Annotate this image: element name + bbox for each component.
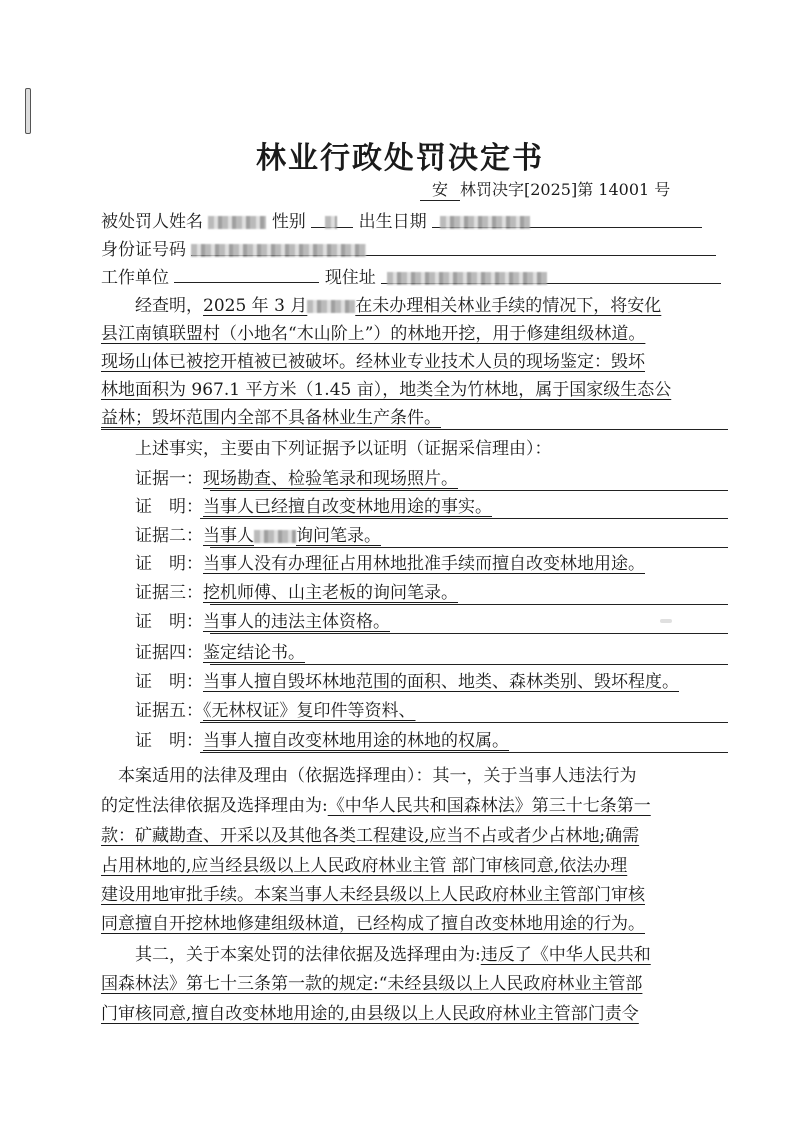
facts-date-redacted bbox=[307, 300, 355, 313]
evidence-text: 现场勘查、检验笔录和现场照片。 bbox=[203, 469, 458, 489]
evidence-row: 证 明：当事人没有办理征占用林地批准手续而擅自改变林地用途。 bbox=[135, 551, 762, 577]
law1-line-5: 建设用地审批手续。本案当事人未经县级以上人民政府林业主管部门审核 bbox=[101, 882, 728, 908]
law2-citation: 违反了《中华人民共和 bbox=[481, 945, 651, 965]
underline-rule bbox=[210, 547, 728, 548]
id-label: 身份证号码 bbox=[101, 240, 186, 260]
evidence-row: 证据四：鉴定结论书。 bbox=[135, 640, 762, 666]
evidence-label: 证 明： bbox=[135, 497, 203, 517]
party-address-row: 工作单位 现住址 bbox=[101, 264, 728, 290]
underline-rule bbox=[200, 722, 728, 723]
facts-date: 2025 年 3 月 bbox=[203, 296, 307, 316]
evidence-label: 证据三： bbox=[135, 583, 203, 603]
law2-lead: 其二，关于本案处罚的法律依据及选择理由为: bbox=[135, 945, 481, 965]
evidence-text: 《无林权证》复印件等资料、 bbox=[203, 701, 416, 721]
id-value-redacted bbox=[191, 237, 716, 256]
employer-value bbox=[174, 264, 319, 283]
evidence-row: 证 明：当事人已经擅自改变林地用途的事实。 bbox=[135, 494, 762, 520]
evidence-label: 证据四： bbox=[135, 643, 203, 663]
underline-rule bbox=[101, 429, 728, 430]
facts-line-4: 林地面积为 967.1 平方米（1.45 亩），地类全为竹林地，属于国家级生态公 bbox=[101, 377, 728, 403]
party-name-row: 被处罚人姓名 性别 出生日期 bbox=[101, 209, 728, 235]
scan-speck bbox=[660, 619, 672, 623]
evidence-text: 挖机师傅、山主老板的询问笔录。 bbox=[203, 583, 458, 603]
evidence-text: 鉴定结论书。 bbox=[203, 643, 305, 663]
evidence-label: 证据二： bbox=[135, 526, 203, 546]
facts-text: 在未办理相关林业手续的情况下，将安化 bbox=[355, 296, 661, 316]
underline-rule bbox=[210, 664, 728, 665]
law1-line-6: 同意擅自开挖林地修建组级林道，已经构成了擅自改变林地用途的行为。 bbox=[101, 911, 728, 937]
gender-value-redacted bbox=[311, 209, 353, 228]
name-value-redacted bbox=[208, 216, 266, 229]
underline-rule bbox=[210, 633, 728, 634]
evidence-row: 证 明：当事人擅自改变林地用途的林地的权属。 bbox=[135, 728, 762, 754]
facts-lead: 经查明， bbox=[135, 296, 203, 316]
evidence-text: 询问笔录。 bbox=[296, 526, 381, 546]
law1-line-1: 本案适用的法律及理由（依据选择理由）：其一，关于当事人违法行为 bbox=[118, 763, 745, 789]
evidence-text: 当事人已经擅自改变林地用途的事实。 bbox=[203, 497, 492, 517]
facts-line-5: 益林；毁坏范围内全部不具备林业生产条件。 bbox=[101, 405, 728, 431]
evidence-text: 当事人擅自毁坏林地范围的面积、地类、森林类别、毁坏程度。 bbox=[203, 672, 679, 692]
evidence-label: 证据五： bbox=[135, 701, 203, 721]
law2-line-1: 其二，关于本案处罚的法律依据及选择理由为:违反了《中华人民共和 bbox=[135, 942, 762, 968]
birth-label: 出生日期 bbox=[359, 212, 427, 232]
doc-number-prefix: 安 bbox=[420, 177, 460, 201]
law1-line-4: 占用林地的,应当经县级以上人民政府林业主管 部门审核同意,依法办理 bbox=[101, 853, 728, 879]
law2-line-3: 门审核同意,擅自改变林地用途的,由县级以上人民政府林业主管部门责令 bbox=[101, 1001, 728, 1027]
name-label: 被处罚人姓名 bbox=[101, 212, 203, 232]
binder-hole-mark bbox=[25, 88, 31, 134]
evidence-label: 证 明： bbox=[135, 672, 203, 692]
evidence-row: 证据五：《无林权证》复印件等资料、 bbox=[135, 698, 762, 724]
address-label: 现住址 bbox=[325, 268, 376, 288]
facts-line-2: 县江南镇联盟村（小地名“木山阶上”）的林地开挖，用于修建组级林道。 bbox=[101, 321, 728, 347]
evidence-text: 当事人没有办理征占用林地批准手续而擅自改变林地用途。 bbox=[203, 554, 645, 574]
evidence-text: 当事人的违法主体资格。 bbox=[203, 612, 390, 632]
evidence-label: 证据一： bbox=[135, 469, 203, 489]
underline-rule bbox=[200, 752, 728, 753]
evidence-row: 证据一：现场勘查、检验笔录和现场照片。 bbox=[135, 466, 762, 492]
evidence-label: 证 明： bbox=[135, 612, 203, 632]
evidence-label: 证 明： bbox=[135, 554, 203, 574]
evidence-text: 当事人擅自改变林地用途的林地的权属。 bbox=[203, 731, 509, 751]
evidence-label: 证 明： bbox=[135, 731, 203, 751]
evidence-row: 证 明：当事人擅自毁坏林地范围的面积、地类、森林类别、毁坏程度。 bbox=[135, 669, 762, 695]
facts-line-3: 现场山体已被挖开植被已被破坏。经林业专业技术人员的现场鉴定：毁坏 bbox=[101, 349, 728, 375]
doc-number-text: 林罚决字[2025]第 14001 号 bbox=[460, 180, 670, 199]
address-value-redacted bbox=[381, 265, 721, 284]
law1-line-2: 的定性法律依据及选择理由为:《中华人民共和国森林法》第三十七条第一 bbox=[101, 793, 728, 819]
underline-rule bbox=[200, 518, 728, 519]
law1-line-3: 款：矿藏勘查、开采以及其他各类工程建设,应当不占或者少占林地;确需 bbox=[101, 823, 728, 849]
gender-label: 性别 bbox=[272, 212, 306, 232]
underline-rule bbox=[210, 604, 728, 605]
facts-line-1: 经查明，2025 年 3 月在未办理相关林业手续的情况下，将安化 bbox=[101, 293, 762, 319]
document-number: 安林罚决字[2025]第 14001 号 bbox=[420, 177, 670, 201]
evidence-intro: 上述事实，主要由下列证据予以证明（证据采信理由）： bbox=[135, 436, 762, 462]
party-id-row: 身份证号码 bbox=[101, 237, 728, 263]
document-title: 林业行政处罚决定书 bbox=[0, 133, 800, 177]
birth-value-redacted bbox=[432, 209, 702, 228]
law2-line-2: 国森林法》第七十三条第一款的规定:“未经县级以上人民政府林业主管部 bbox=[101, 971, 728, 997]
evidence-name-redacted bbox=[254, 530, 296, 543]
law1-citation: 《中华人民共和国森林法》第三十七条第一 bbox=[328, 796, 651, 816]
employer-label: 工作单位 bbox=[101, 268, 169, 288]
underline-rule bbox=[210, 490, 728, 491]
evidence-row: 证据三：挖机师傅、山主老板的询问笔录。 bbox=[135, 580, 762, 606]
law1-lead: 的定性法律依据及选择理由为: bbox=[101, 796, 328, 816]
evidence-row: 证据二：当事人询问笔录。 bbox=[135, 523, 762, 549]
evidence-text: 当事人 bbox=[203, 526, 254, 546]
